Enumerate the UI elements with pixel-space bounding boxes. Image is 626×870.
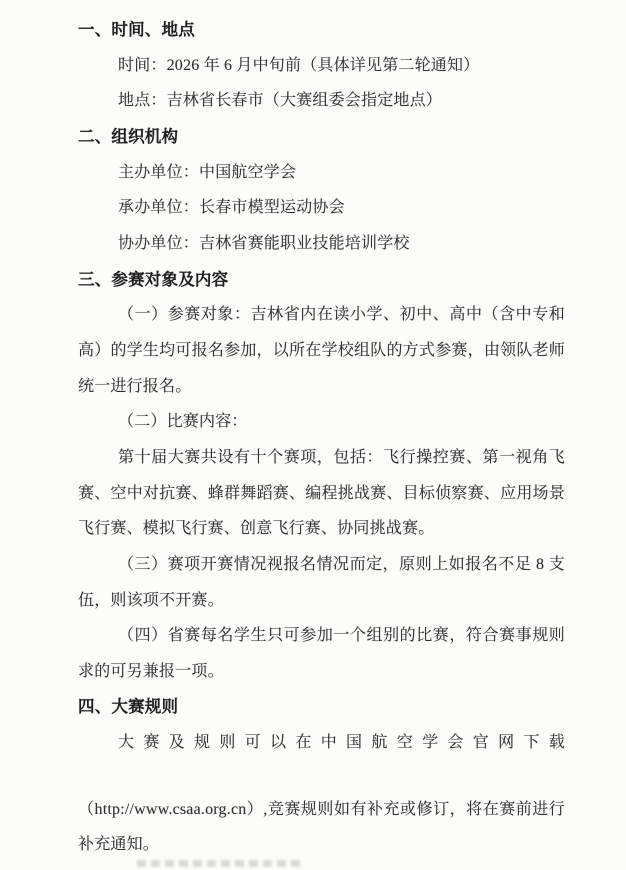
heading-time-location: 一、时间、地点: [78, 12, 565, 48]
para-minimum-teams-line-1: （三）赛项开赛情况视报名情况而定，原则上如报名不足 8 支队: [78, 547, 565, 583]
para-single-event-rule-line-1: （四）省赛每名学生只可参加一个组别的比赛，符合赛事规则要: [78, 618, 565, 654]
line-coorganizer-unit: 协办单位：吉林省赛能职业技能培训学校: [78, 226, 565, 262]
line-host-unit: 主办单位：中国航空学会: [78, 155, 565, 191]
para-single-event-rule-line-2: 求的可另兼报一项。: [78, 654, 565, 690]
heading-participants-and-content: 三、参赛对象及内容: [78, 262, 565, 298]
para-minimum-teams-line-2: 伍，则该项不开赛。: [78, 583, 565, 619]
para-participants-line-1: （一）参赛对象：吉林省内在读小学、初中、高中（含中专和职: [78, 297, 565, 333]
line-place: 地点：吉林省长春市（大赛组委会指定地点）: [78, 83, 565, 119]
document-body: 一、时间、地点 时间：2026 年 6 月中旬前（具体详见第二轮通知） 地点：吉…: [78, 12, 565, 863]
line-rules-download: 大 赛 及 规 则 可 以 在 中 国 航 空 学 会 官 网 下 载: [78, 725, 565, 761]
para-rules-url-line-2: 补充通知。: [78, 827, 565, 863]
heading-organization: 二、组织机构: [78, 119, 565, 155]
heading-competition-rules: 四、大赛规则: [78, 689, 565, 725]
para-rules-url-line-1: （http://www.csaa.org.cn）,竞赛规则如有补充或修订，将在赛…: [78, 792, 565, 828]
cutoff-next-line-fragment: [137, 860, 302, 867]
para-participants-line-2: 高）的学生均可报名参加，以所在学校组队的方式参赛，由领队老师: [78, 333, 565, 369]
para-participants-line-3: 统一进行报名。: [78, 369, 565, 405]
line-competition-content-label: （二）比赛内容：: [78, 404, 565, 440]
para-events-line-3: 飞行赛、模拟飞行赛、创意飞行赛、协同挑战赛。: [78, 511, 565, 547]
para-events-line-2: 赛、空中对抗赛、蜂群舞蹈赛、编程挑战赛、目标侦察赛、应用场景: [78, 476, 565, 512]
line-undertaker-unit: 承办单位：长春市模型运动协会: [78, 190, 565, 226]
scanned-document-page: 一、时间、地点 时间：2026 年 6 月中旬前（具体详见第二轮通知） 地点：吉…: [0, 0, 626, 870]
line-time: 时间：2026 年 6 月中旬前（具体详见第二轮通知）: [78, 48, 565, 84]
para-events-line-1: 第十届大赛共设有十个赛项，包括：飞行操控赛、第一视角飞行: [78, 440, 565, 476]
